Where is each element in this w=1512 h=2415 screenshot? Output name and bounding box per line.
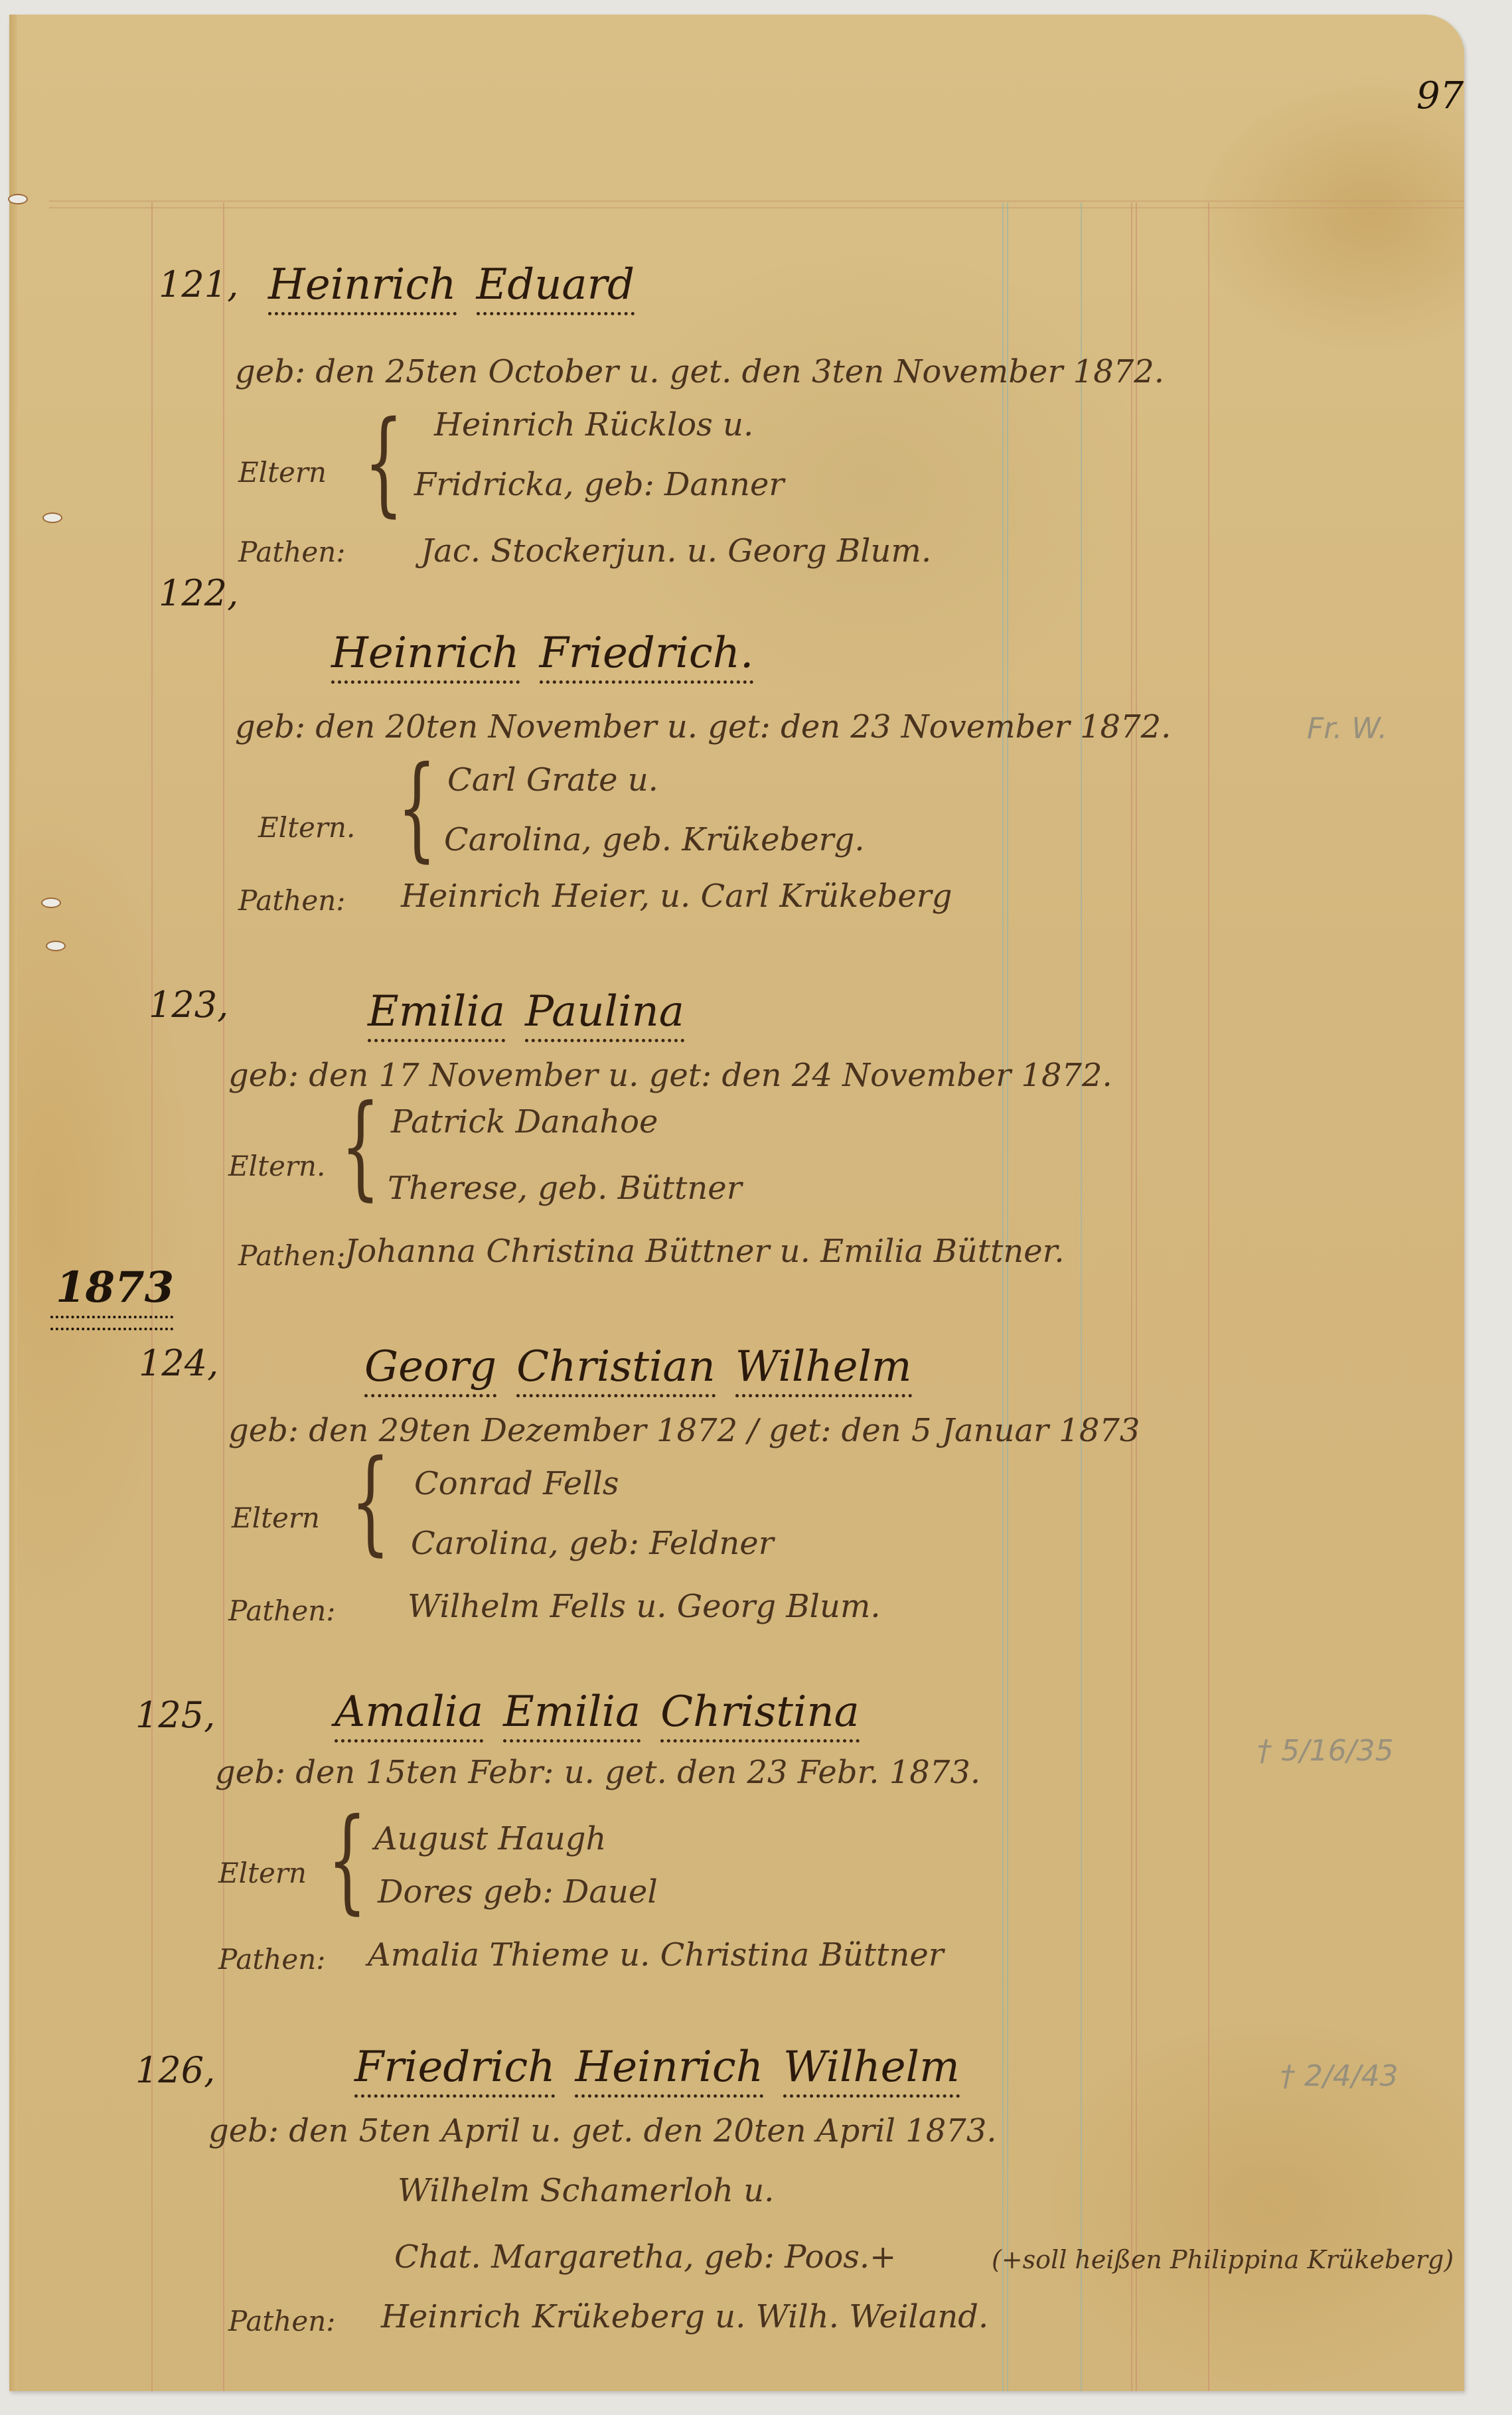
- sponsors-label: Pathen:: [238, 884, 345, 917]
- header-rule: [49, 200, 1464, 202]
- brace: {: [364, 406, 403, 519]
- margin-pencil-note: Fr. W.: [1307, 712, 1387, 745]
- given-name: Friedrich: [354, 2043, 555, 2098]
- given-name: Emilia: [503, 1687, 641, 1743]
- entry-name: AmaliaEmiliaChristina: [335, 1687, 879, 1743]
- mother-name: Therese, geb. Büttner: [388, 1170, 742, 1207]
- register-page: 97 121, HeinrichEduard geb: den 25ten Oc…: [9, 15, 1464, 2391]
- margin-pencil-note: † 5/16/35: [1257, 1734, 1394, 1768]
- sponsors: Heinrich Krükeberg u. Wilh. Weiland.: [381, 2298, 988, 2335]
- column-rule: [1007, 202, 1008, 2391]
- parents-correction-note: (+soll heißen Philippina Krükeberg): [992, 2245, 1454, 2274]
- given-name: Christian: [516, 1342, 716, 1397]
- entry-name: GeorgChristianWilhelm: [364, 1342, 932, 1397]
- entry-number: 123,: [149, 984, 228, 1026]
- sponsors: Wilhelm Fells u. Georg Blum.: [408, 1588, 881, 1625]
- parents-label: Eltern.: [258, 811, 355, 844]
- brace: {: [350, 1445, 390, 1558]
- mother-name: Dores geb: Dauel: [378, 1873, 658, 1910]
- entry-number: 122,: [159, 572, 238, 614]
- entry-name: EmiliaPaulina: [368, 987, 704, 1042]
- entry-number: 126,: [135, 2049, 215, 2091]
- column-rule: [1081, 202, 1082, 2391]
- brace: {: [327, 1804, 366, 1916]
- binding-hole: [42, 512, 62, 523]
- given-name: Eduard: [477, 260, 635, 315]
- given-name: Friedrich.: [540, 629, 754, 684]
- parents-label: Eltern.: [228, 1150, 325, 1182]
- sponsors-label: Pathen:: [238, 536, 345, 568]
- entry-number: 124,: [139, 1342, 218, 1384]
- sponsors-label: Pathen:: [228, 2305, 335, 2337]
- mother-name: Fridricka, geb: Danner: [414, 466, 784, 503]
- parents-label: Eltern: [218, 1857, 307, 1889]
- given-name: Wilhelm: [783, 2043, 960, 2098]
- father-name: Carl Grate u.: [447, 761, 658, 799]
- year-underline: [50, 1328, 173, 1333]
- given-name: Heinrich: [331, 629, 520, 684]
- birth-baptism-dates: geb: den 5ten April u. get. den 20ten Ap…: [208, 2112, 997, 2149]
- page-number: 97: [1416, 74, 1464, 117]
- year-marker: 1873: [56, 1263, 174, 1312]
- birth-baptism-dates: geb: den 15ten Febr: u. get. den 23 Febr…: [215, 1754, 980, 1791]
- given-name: Georg: [364, 1342, 496, 1397]
- binding-hole: [41, 897, 61, 908]
- given-name: Amalia: [335, 1687, 483, 1743]
- sponsors-label: Pathen:: [218, 1943, 325, 1976]
- given-name: Heinrich: [575, 2043, 763, 2098]
- sponsors: Heinrich Heier, u. Carl Krükeberg: [401, 878, 952, 915]
- brace: {: [397, 751, 436, 864]
- brace: {: [340, 1090, 380, 1203]
- year-underline: [50, 1316, 173, 1321]
- column-rule: [1002, 202, 1004, 2391]
- given-name: Christina: [660, 1687, 860, 1743]
- margin-pencil-note: † 2/4/43: [1280, 2059, 1399, 2093]
- birth-baptism-dates: geb: den 20ten November u. get: den 23 N…: [235, 708, 1171, 745]
- father-name: Heinrich Rücklos u.: [434, 406, 753, 443]
- margin-rule: [223, 202, 224, 2391]
- given-name: Emilia: [368, 987, 505, 1042]
- column-rule: [1208, 202, 1209, 2391]
- sponsors-label: Pathen:: [228, 1595, 335, 1627]
- given-name: Heinrich: [268, 260, 457, 315]
- father-name: August Haugh: [374, 1820, 606, 1857]
- father-name: Wilhelm Schamerloh u.: [398, 2172, 774, 2209]
- given-name: Paulina: [525, 987, 684, 1042]
- entry-name: HeinrichEduard: [268, 260, 654, 315]
- column-rule: [1131, 202, 1132, 2391]
- sponsors: Jac. Stockerjun. u. Georg Blum.: [421, 532, 931, 570]
- mother-name: Carolina, geb. Krükeberg.: [444, 821, 865, 858]
- birth-baptism-dates: geb: den 25ten October u. get. den 3ten …: [235, 353, 1164, 390]
- entry-number: 125,: [135, 1694, 215, 1736]
- entry-name: FriedrichHeinrichWilhelm: [354, 2043, 980, 2098]
- header-rule: [49, 207, 1464, 208]
- mother-name: Chat. Margaretha, geb: Poos.+: [394, 2238, 896, 2276]
- entry-number: 121,: [159, 264, 238, 305]
- binding-hole: [46, 941, 66, 951]
- sponsors: Amalia Thieme u. Christina Büttner: [368, 1936, 944, 1974]
- father-name: Conrad Fells: [414, 1465, 619, 1502]
- parents-label: Eltern: [232, 1502, 320, 1534]
- father-name: Patrick Danahoe: [391, 1103, 658, 1140]
- binding-edge: [9, 15, 17, 2391]
- column-rule: [1136, 202, 1137, 2391]
- mother-name: Carolina, geb: Feldner: [411, 1525, 774, 1562]
- sponsors-label: Pathen:: [238, 1239, 345, 1272]
- sponsors: Johanna Christina Büttner u. Emilia Bütt…: [344, 1233, 1065, 1270]
- entry-name: HeinrichFriedrich.: [331, 629, 773, 684]
- parents-label: Eltern: [238, 456, 327, 489]
- binding-hole: [8, 194, 28, 204]
- given-name: Wilhelm: [735, 1342, 912, 1397]
